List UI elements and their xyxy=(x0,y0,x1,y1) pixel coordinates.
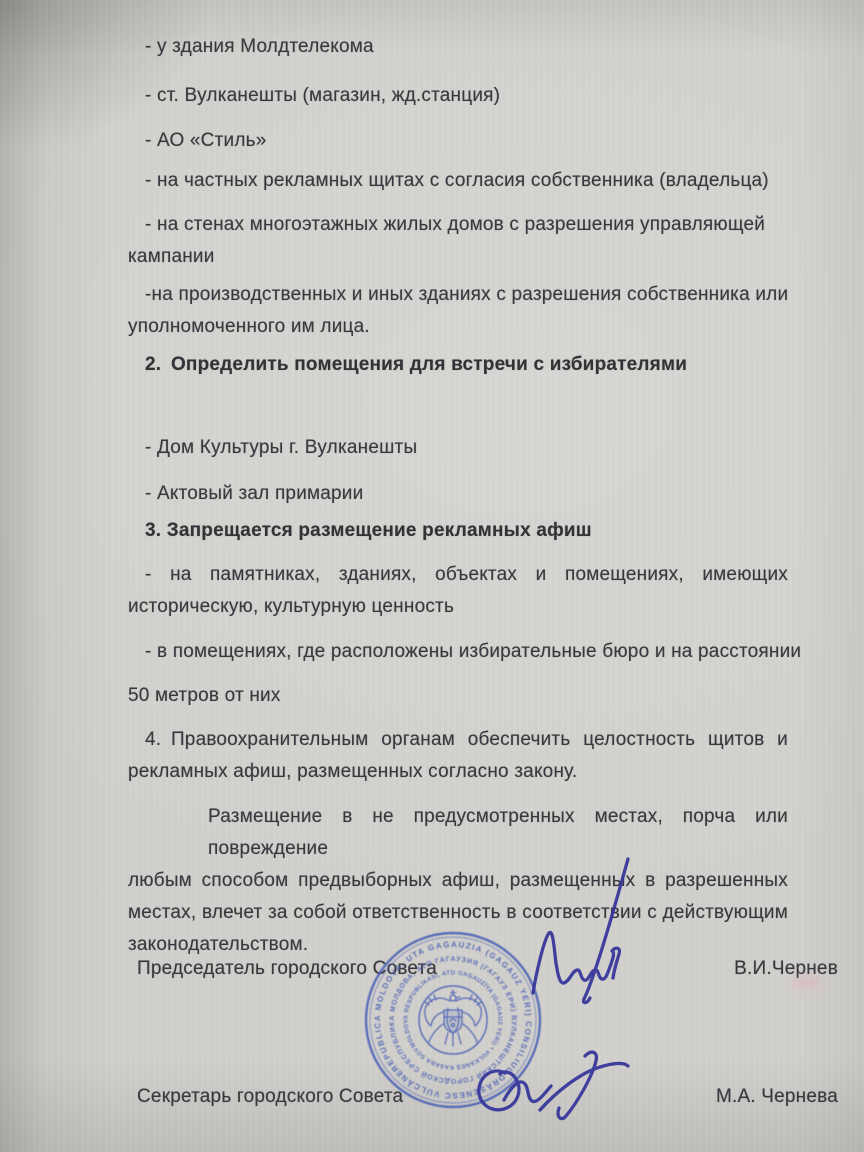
paragraph: 4. Правоохранительным органам обеспечить… xyxy=(128,724,788,788)
text-line: любым способом предвыборных афиш, размещ… xyxy=(128,865,788,897)
paragraph: - АО «Стиль» xyxy=(128,125,788,157)
text-line: кампании xyxy=(128,241,788,273)
text-line: - у здания Молдтелекома xyxy=(128,31,788,63)
paragraph: - Дом Культуры г. Вулканешты xyxy=(128,432,788,464)
paragraph: - на памятниках, зданиях, объектах и пом… xyxy=(128,559,788,623)
secretary-label: Секретарь городского Совета xyxy=(137,1086,403,1108)
text-line: - ст. Вулканешты (магазин, жд.станция) xyxy=(128,80,788,112)
chairman-name: В.И.Чернев xyxy=(734,958,838,980)
text-line: законодательством. xyxy=(128,929,788,961)
paragraph: -на производственных и иных зданиях с ра… xyxy=(128,279,788,343)
text-line: - на памятниках, зданиях, объектах и пом… xyxy=(128,559,788,591)
text-line: - АО «Стиль» xyxy=(128,125,788,157)
section-heading: 2. Определить помещения для встречи с из… xyxy=(128,349,788,381)
paragraph: Размещение в не предусмотренных местах, … xyxy=(128,801,788,961)
text-line: Размещение в не предусмотренных местах, … xyxy=(128,801,788,865)
text-line: - в помещениях, где расположены избирате… xyxy=(128,636,788,668)
coat-of-arms-icon xyxy=(425,990,482,1046)
document-photo: - у здания Молдтелекома - ст. Вулканешты… xyxy=(0,0,864,1152)
chairman-label: Председатель городского Совета xyxy=(137,958,437,980)
paragraph: - ст. Вулканешты (магазин, жд.станция) xyxy=(128,80,788,112)
text-line: -на производственных и иных зданиях с ра… xyxy=(128,279,788,311)
section-heading: 3. Запрещается размещение рекламных афиш xyxy=(128,515,788,547)
text-line: уполномоченного им лица. xyxy=(128,311,788,343)
chairman-signature-row: Председатель городского Совета В.И.Черне… xyxy=(137,958,838,980)
paragraph: - у здания Молдтелекома xyxy=(128,31,788,63)
paragraph: - на частных рекламных щитах с согласия … xyxy=(128,165,788,197)
text-line: местах, влечет за собой ответственность … xyxy=(128,897,788,929)
text-line: 4. Правоохранительным органам обеспечить… xyxy=(128,724,788,756)
text-line: 2. Определить помещения для встречи с из… xyxy=(128,349,788,381)
paragraph: - в помещениях, где расположены избирате… xyxy=(128,636,788,668)
text-line: историческую, культурную ценность xyxy=(128,591,788,623)
secretary-signature-row: Секретарь городского Совета М.А. Чернева xyxy=(137,1086,838,1108)
paragraph: - на стенах многоэтажных жилых домов с р… xyxy=(128,209,788,273)
paragraph: 50 метров от них xyxy=(128,680,788,712)
document-body: - у здания Молдтелекома - ст. Вулканешты… xyxy=(128,31,788,961)
text-line: 50 метров от них xyxy=(128,680,788,712)
text-line: 3. Запрещается размещение рекламных афиш xyxy=(128,515,788,547)
paragraph: - Актовый зал примарии xyxy=(128,478,788,510)
text-line: - на частных рекламных щитах с согласия … xyxy=(128,165,788,197)
text-line: - на стенах многоэтажных жилых домов с р… xyxy=(128,209,788,241)
text-line: - Дом Культуры г. Вулканешты xyxy=(128,432,788,464)
secretary-name: М.А. Чернева xyxy=(716,1086,838,1108)
text-line: рекламных афиш, размещенных согласно зак… xyxy=(128,756,788,788)
text-line: - Актовый зал примарии xyxy=(128,478,788,510)
